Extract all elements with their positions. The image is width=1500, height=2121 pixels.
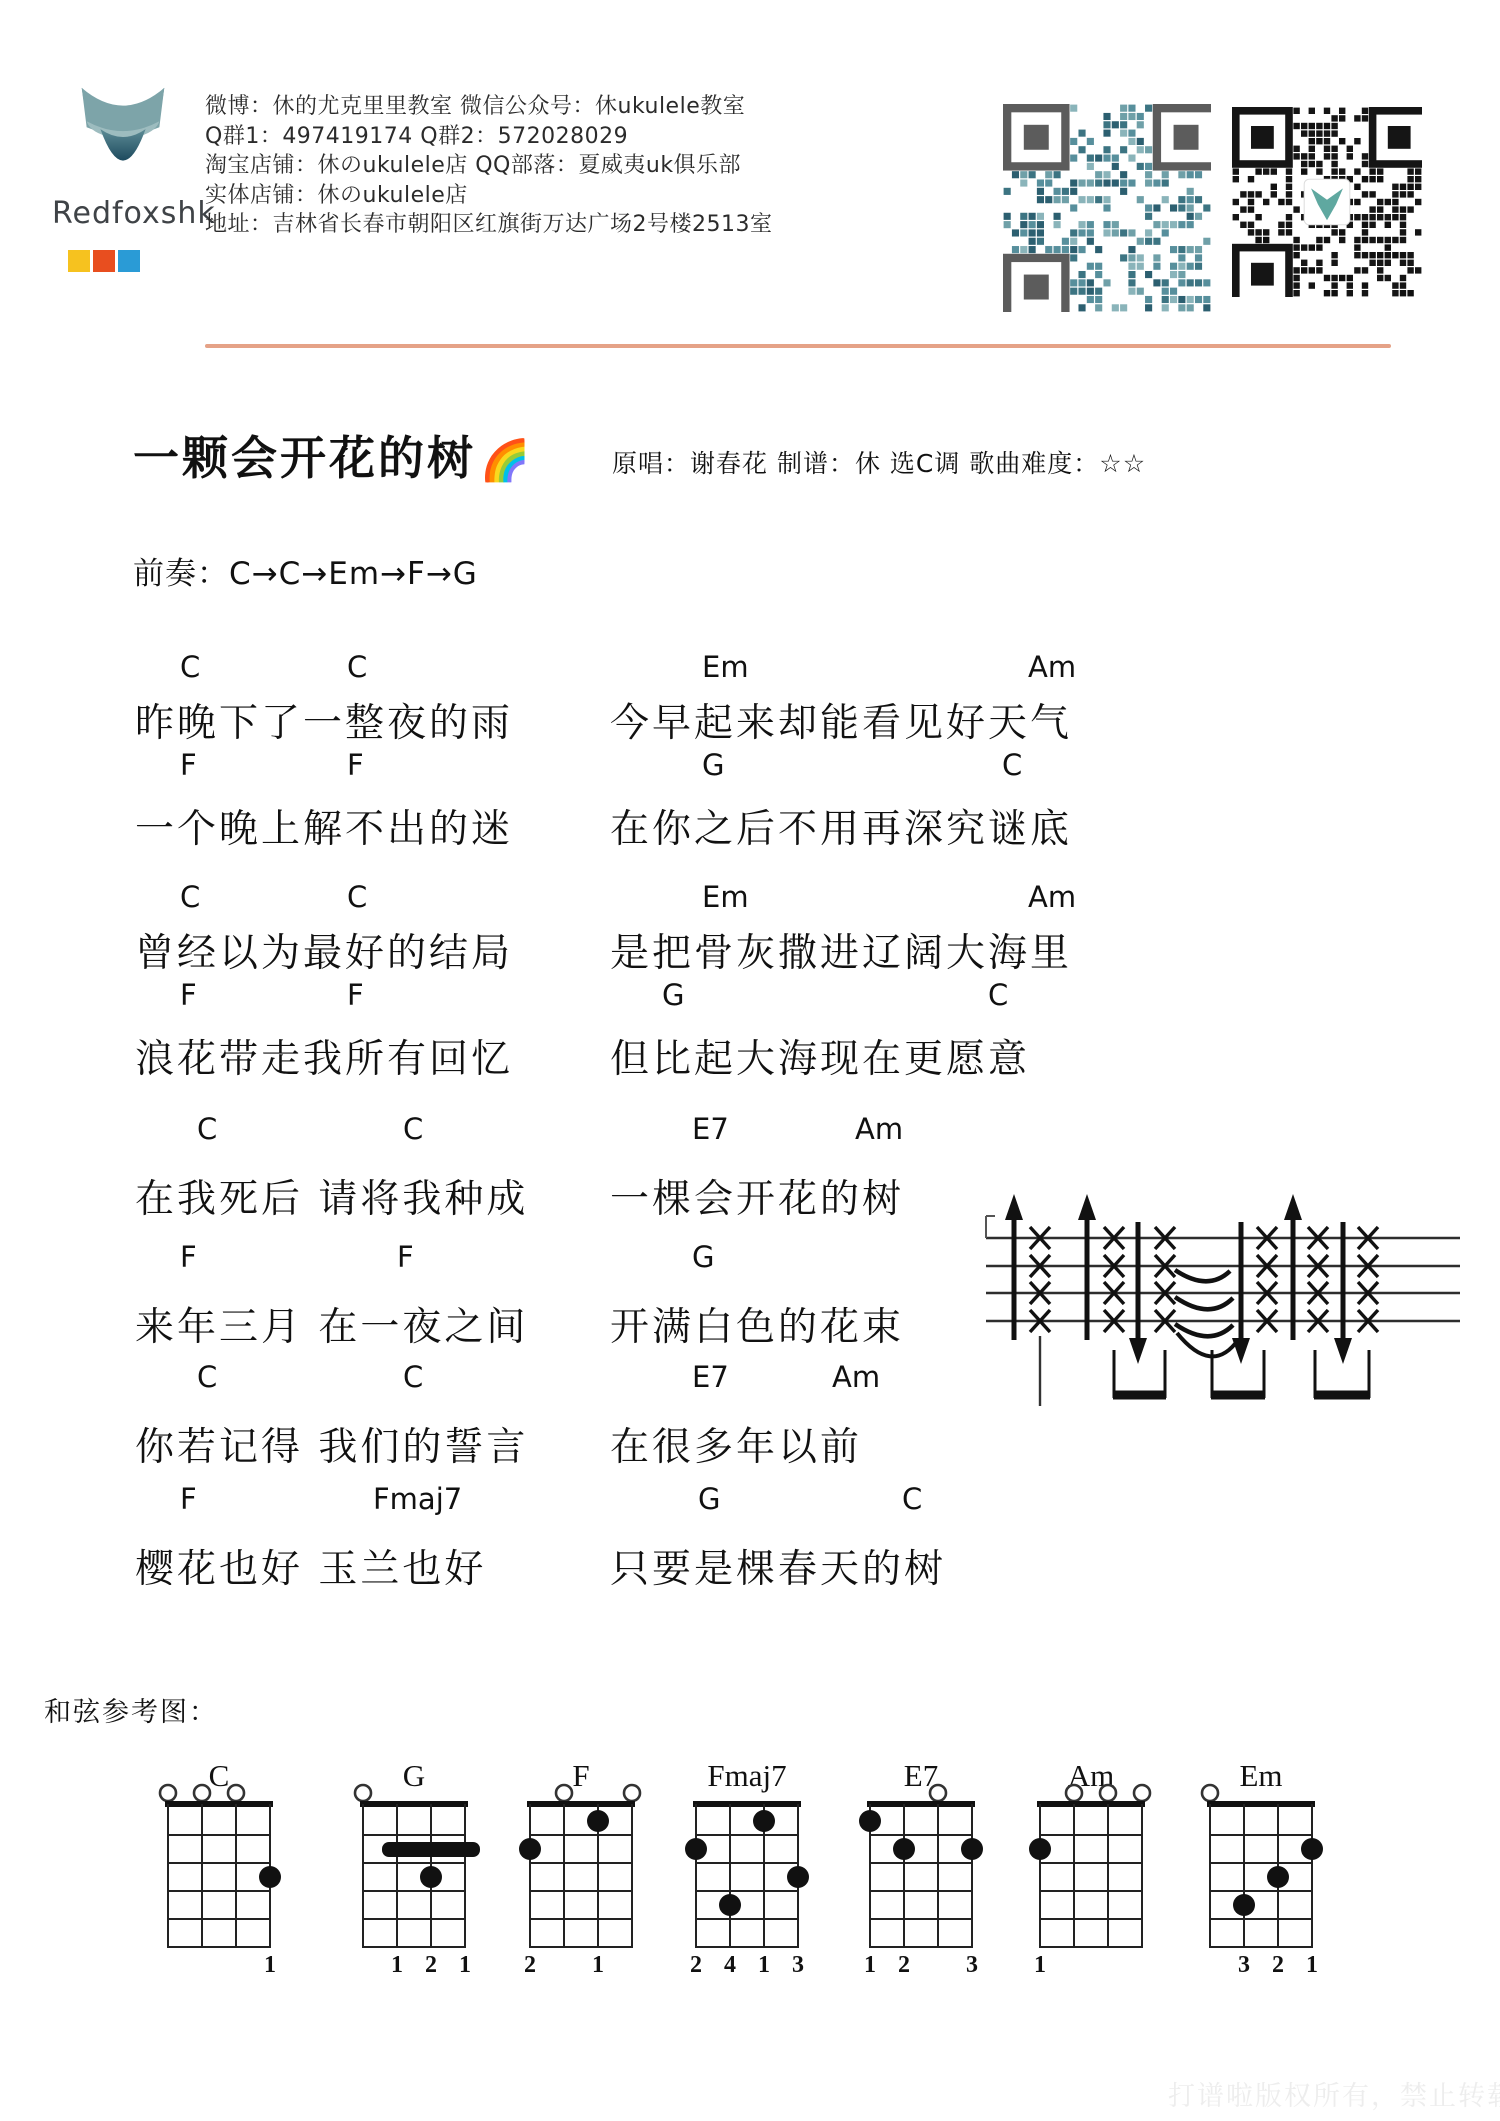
svg-text:3: 3 (792, 1952, 804, 1978)
lyric-line: 今早起来却能看见好天气 (610, 692, 1072, 748)
lyric-line: 在我死后 请将我种成 (135, 1168, 528, 1224)
svg-text:F: F (572, 1760, 589, 1793)
chord-label: E7 (692, 1112, 729, 1146)
lyric-line: 是把骨灰撒进辽阔大海里 (610, 922, 1072, 978)
redfox-logo-icon (64, 82, 182, 194)
chord-diagram-am: Am1 (1022, 1760, 1172, 1989)
lyric-line: 来年三月 在一夜之间 (135, 1296, 528, 1352)
svg-text:2: 2 (1272, 1952, 1284, 1978)
lyric-line: 浪花带走我所有回忆 (135, 1028, 513, 1084)
chord-reference-label: 和弦参考图： (44, 1690, 218, 1729)
brand-color-squares (68, 250, 140, 272)
chord-label: C (403, 1360, 423, 1394)
lyric-line: 在你之后不用再深究谜底 (610, 798, 1072, 854)
song-meta: 原唱：谢春花 制谱：休 选C调 歌曲难度：☆☆ (612, 444, 1146, 480)
contact-info-line: 地址：吉林省长春市朝阳区红旗街万达广场2号楼2513室 (205, 210, 995, 240)
chord-label: C (988, 978, 1008, 1012)
lyric-line: 但比起大海现在更愿意 (610, 1028, 1030, 1084)
lyric-line: 昨晚下了一整夜的雨 (135, 692, 513, 748)
watermark: 打谱啦版权所有，禁止转载 (1168, 2074, 1500, 2113)
chord-label: F (180, 978, 197, 1012)
brand-color-square (93, 250, 115, 272)
lyric-line: 樱花也好 玉兰也好 (135, 1538, 486, 1594)
contact-info-line: 淘宝店铺：休のukulele店 QQ部落：夏威夷uk俱乐部 (205, 151, 995, 181)
chord-label: F (180, 1482, 197, 1516)
chord-label: Am (1028, 650, 1076, 684)
ukulele-chord-sheet: Redfoxshk 微博：休的尤克里里教室 微信公众号：休ukulele教室Q群… (0, 0, 1500, 2121)
svg-text:1: 1 (264, 1952, 276, 1978)
svg-text:1: 1 (758, 1952, 770, 1978)
chord-label: G (662, 978, 684, 1012)
chord-label: G (692, 1240, 714, 1274)
intro-progression: 前奏：C→C→Em→F→G (133, 548, 478, 593)
chord-diagram-c: C1 (150, 1760, 300, 1989)
brand-block: Redfoxshk (52, 82, 202, 231)
chord-label: F (347, 978, 364, 1012)
svg-text:1: 1 (1306, 1952, 1318, 1978)
svg-text:2: 2 (524, 1952, 536, 1978)
chord-label: C (180, 880, 200, 914)
chord-label: F (347, 748, 364, 782)
header-divider (205, 344, 1391, 348)
svg-text:Em: Em (1239, 1760, 1282, 1793)
chord-label: Em (702, 650, 749, 684)
lyric-line: 一棵会开花的树 (610, 1168, 904, 1224)
svg-text:G: G (403, 1760, 425, 1793)
chord-label: G (698, 1482, 720, 1516)
chord-label: C (197, 1112, 217, 1146)
contact-info-line: 实体店铺：休のukulele店 (205, 181, 995, 211)
chord-diagram-g: G121 (345, 1760, 495, 1989)
chord-label: F (397, 1240, 414, 1274)
contact-info-line: Q群1：497419174 Q群2：572028029 (205, 122, 995, 152)
chord-label: C (347, 650, 367, 684)
song-title: 一颗会开花的树🌈 (133, 422, 533, 488)
qr-code-stylized-fox (1003, 104, 1211, 316)
svg-text:1: 1 (459, 1952, 471, 1978)
chord-label: Am (832, 1360, 880, 1394)
lyric-line: 你若记得 我们的誓言 (135, 1416, 528, 1472)
lyric-line: 只要是棵春天的树 (610, 1538, 946, 1594)
svg-text:1: 1 (1034, 1952, 1046, 1978)
contact-info: 微博：休的尤克里里教室 微信公众号：休ukulele教室Q群1：49741917… (205, 92, 995, 240)
lyric-line: 一个晚上解不出的迷 (135, 798, 513, 854)
lyric-line: 曾经以为最好的结局 (135, 922, 513, 978)
svg-text:Fmaj7: Fmaj7 (707, 1760, 786, 1793)
qr-code-wechat (1232, 107, 1422, 301)
chord-label: C (347, 880, 367, 914)
chord-label: C (403, 1112, 423, 1146)
svg-text:4: 4 (724, 1952, 736, 1978)
chord-label: G (702, 748, 724, 782)
chord-label: C (1002, 748, 1022, 782)
chord-label: E7 (692, 1360, 729, 1394)
svg-text:3: 3 (1238, 1952, 1250, 1978)
chord-label: F (180, 1240, 197, 1274)
svg-text:C: C (209, 1760, 230, 1793)
svg-text:2: 2 (898, 1952, 910, 1978)
contact-info-line: 微博：休的尤克里里教室 微信公众号：休ukulele教室 (205, 92, 995, 122)
chord-label: Am (855, 1112, 903, 1146)
chord-diagram-e7: E7123 (852, 1760, 1002, 1989)
song-title-text: 一颗会开花的树 (133, 431, 476, 485)
svg-text:2: 2 (690, 1952, 702, 1978)
svg-text:3: 3 (966, 1952, 978, 1978)
chord-label: C (902, 1482, 922, 1516)
chord-label: Em (702, 880, 749, 914)
chord-label: Am (1028, 880, 1076, 914)
svg-text:1: 1 (592, 1952, 604, 1978)
svg-text:1: 1 (864, 1952, 876, 1978)
lyric-line: 开满白色的花束 (610, 1296, 904, 1352)
brand-name: Redfoxshk (52, 196, 202, 231)
strum-pattern-diagram (972, 1178, 1477, 1443)
chord-label: Fmaj7 (373, 1482, 462, 1516)
rainbow-emoji: 🌈 (480, 438, 533, 484)
lyric-line: 在很多年以前 (610, 1416, 862, 1472)
brand-color-square (118, 250, 140, 272)
chord-diagram-f: F21 (512, 1760, 662, 1989)
chord-label: F (180, 748, 197, 782)
chord-diagram-fmaj7: Fmaj72413 (678, 1760, 828, 1989)
svg-text:1: 1 (391, 1952, 403, 1978)
chord-label: C (180, 650, 200, 684)
chord-diagram-em: Em321 (1192, 1760, 1342, 1989)
chord-label: C (197, 1360, 217, 1394)
svg-text:2: 2 (425, 1952, 437, 1978)
brand-color-square (68, 250, 90, 272)
